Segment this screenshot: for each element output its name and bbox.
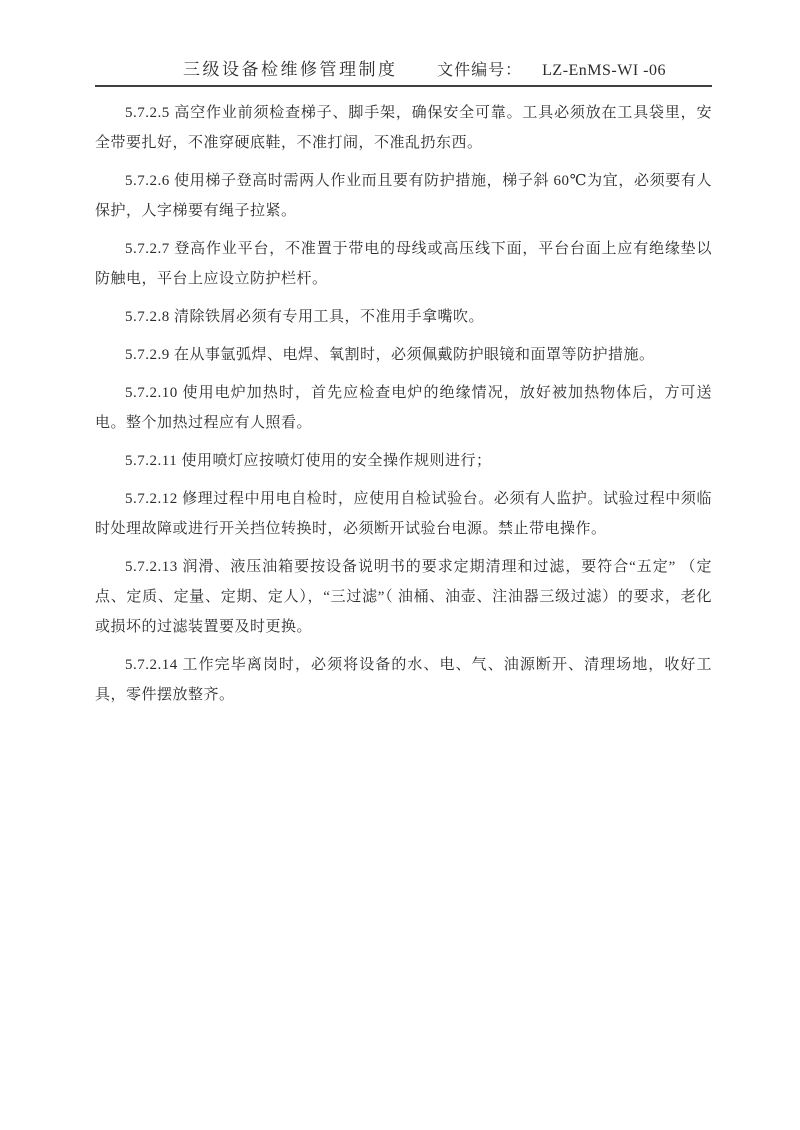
- clause-5-7-2-13: 5.7.2.13 润滑、液压油箱要按设备说明书的要求定期清理和过滤，要符合“五定…: [95, 552, 712, 642]
- clause-5-7-2-10: 5.7.2.10 使用电炉加热时，首先应检查电炉的绝缘情况，放好被加热物体后，方…: [95, 378, 712, 438]
- document-body: 5.7.2.5 高空作业前须检查梯子、脚手架，确保安全可靠。工具必须放在工具袋里…: [95, 98, 712, 710]
- clause-5-7-2-6: 5.7.2.6 使用梯子登高时需两人作业而且要有防护措施，梯子斜 60℃为宜，必…: [95, 166, 712, 226]
- doc-number-value: LZ-EnMS-WI -06: [542, 62, 666, 79]
- doc-number-label: 文件编号：: [437, 62, 522, 79]
- clause-5-7-2-12: 5.7.2.12 修理过程中用电自检时，应使用自检试验台。必须有人监护。试验过程…: [95, 484, 712, 544]
- document-page: 三级设备检维修管理制度 文件编号： LZ-EnMS-WI -06 5.7.2.5…: [0, 0, 800, 1130]
- clause-5-7-2-11: 5.7.2.11 使用喷灯应按喷灯使用的安全操作规则进行；: [95, 446, 712, 476]
- clause-5-7-2-7: 5.7.2.7 登高作业平台，不准置于带电的母线或高压线下面，平台台面上应有绝缘…: [95, 234, 712, 294]
- clause-5-7-2-8: 5.7.2.8 清除铁屑必须有专用工具，不准用手拿嘴吹。: [95, 302, 712, 332]
- clause-5-7-2-14: 5.7.2.14 工作完毕离岗时，必须将设备的水、电、气、油源断开、清理场地，收…: [95, 650, 712, 710]
- page-header: 三级设备检维修管理制度 文件编号： LZ-EnMS-WI -06: [95, 55, 712, 87]
- clause-5-7-2-5: 5.7.2.5 高空作业前须检查梯子、脚手架，确保安全可靠。工具必须放在工具袋里…: [95, 98, 712, 158]
- clause-5-7-2-9: 5.7.2.9 在从事氩弧焊、电焊、氧割时，必须佩戴防护眼镜和面罩等防护措施。: [95, 340, 712, 370]
- page-title: 三级设备检维修管理制度: [183, 55, 398, 80]
- doc-number-block: 文件编号： LZ-EnMS-WI -06: [437, 57, 666, 80]
